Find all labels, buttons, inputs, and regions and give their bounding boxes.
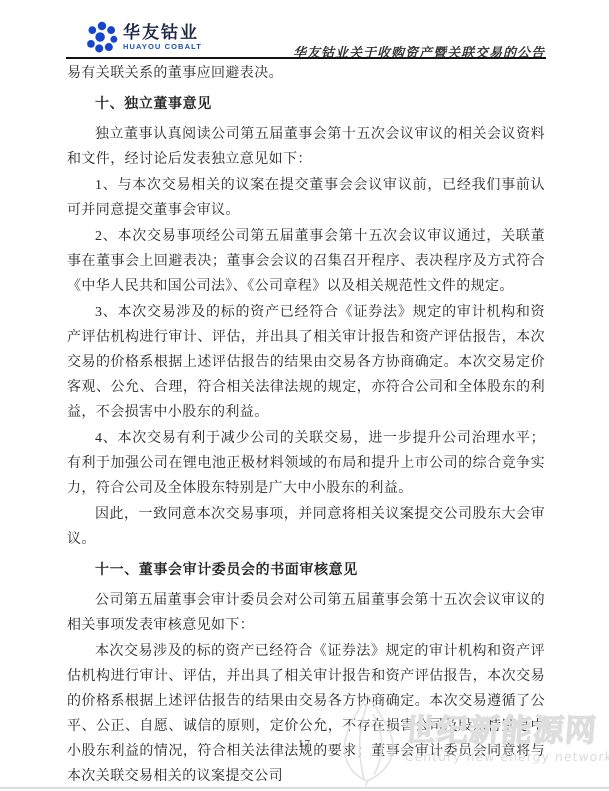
body-paragraph: 3、本次交易涉及的标的资产已经符合《证券法》规定的审计机构和资产评估机构进行审计… bbox=[67, 300, 545, 425]
huayou-logo-icon bbox=[85, 21, 118, 53]
body-paragraph: 公司第五届董事会审计委员会对公司第五届董事会第十五次会议审议的相关事项发表审核意… bbox=[67, 588, 545, 638]
section-heading-11: 十一、董事会审计委员会的书面审核意见 bbox=[67, 558, 545, 583]
logo-english-name: HUAYOU COBALT bbox=[123, 42, 202, 51]
page-bottom-edge bbox=[0, 787, 609, 789]
page-number: 17 bbox=[0, 738, 609, 750]
document-page: 华友钴业 HUAYOU COBALT 华友钴业关于收购资产暨关联交易的公告 易有… bbox=[0, 0, 609, 791]
continuation-line: 易有关联关系的董事应回避表决。 bbox=[67, 61, 545, 86]
body-paragraph: 1、与本次交易相关的议案在提交董事会会议审议前，已经我们事前认可并同意提交董事会… bbox=[67, 173, 545, 223]
body-paragraph: 本次交易涉及的标的资产已经符合《证券法》规定的审计机构和资产评估机构进行审计、评… bbox=[67, 639, 545, 789]
body-paragraph: 因此，一致同意本次交易事项，并同意将相关议案提交公司股东大会审议。 bbox=[67, 502, 545, 552]
body-paragraph: 4、本次交易有利于减少公司的关联交易，进一步提升公司治理水平；有利于加强公司在锂… bbox=[67, 426, 545, 501]
header-rule bbox=[66, 57, 546, 59]
body-paragraph: 2、本次交易事项经公司第五届董事会第十五次会议审议通过，关联董事在董事会上回避表… bbox=[67, 224, 545, 299]
body-paragraph: 独立董事认真阅读公司第五届董事会第十五次会议审议的相关会议资料和文件，经讨论后发… bbox=[67, 122, 545, 172]
document-body: 易有关联关系的董事应回避表决。 十、独立董事意见 独立董事认真阅读公司第五届董事… bbox=[67, 61, 545, 790]
company-logo: 华友钴业 HUAYOU COBALT bbox=[85, 21, 202, 53]
logo-chinese-name: 华友钴业 bbox=[123, 24, 202, 42]
logo-text: 华友钴业 HUAYOU COBALT bbox=[123, 24, 202, 51]
section-heading-10: 十、独立董事意见 bbox=[67, 92, 545, 117]
